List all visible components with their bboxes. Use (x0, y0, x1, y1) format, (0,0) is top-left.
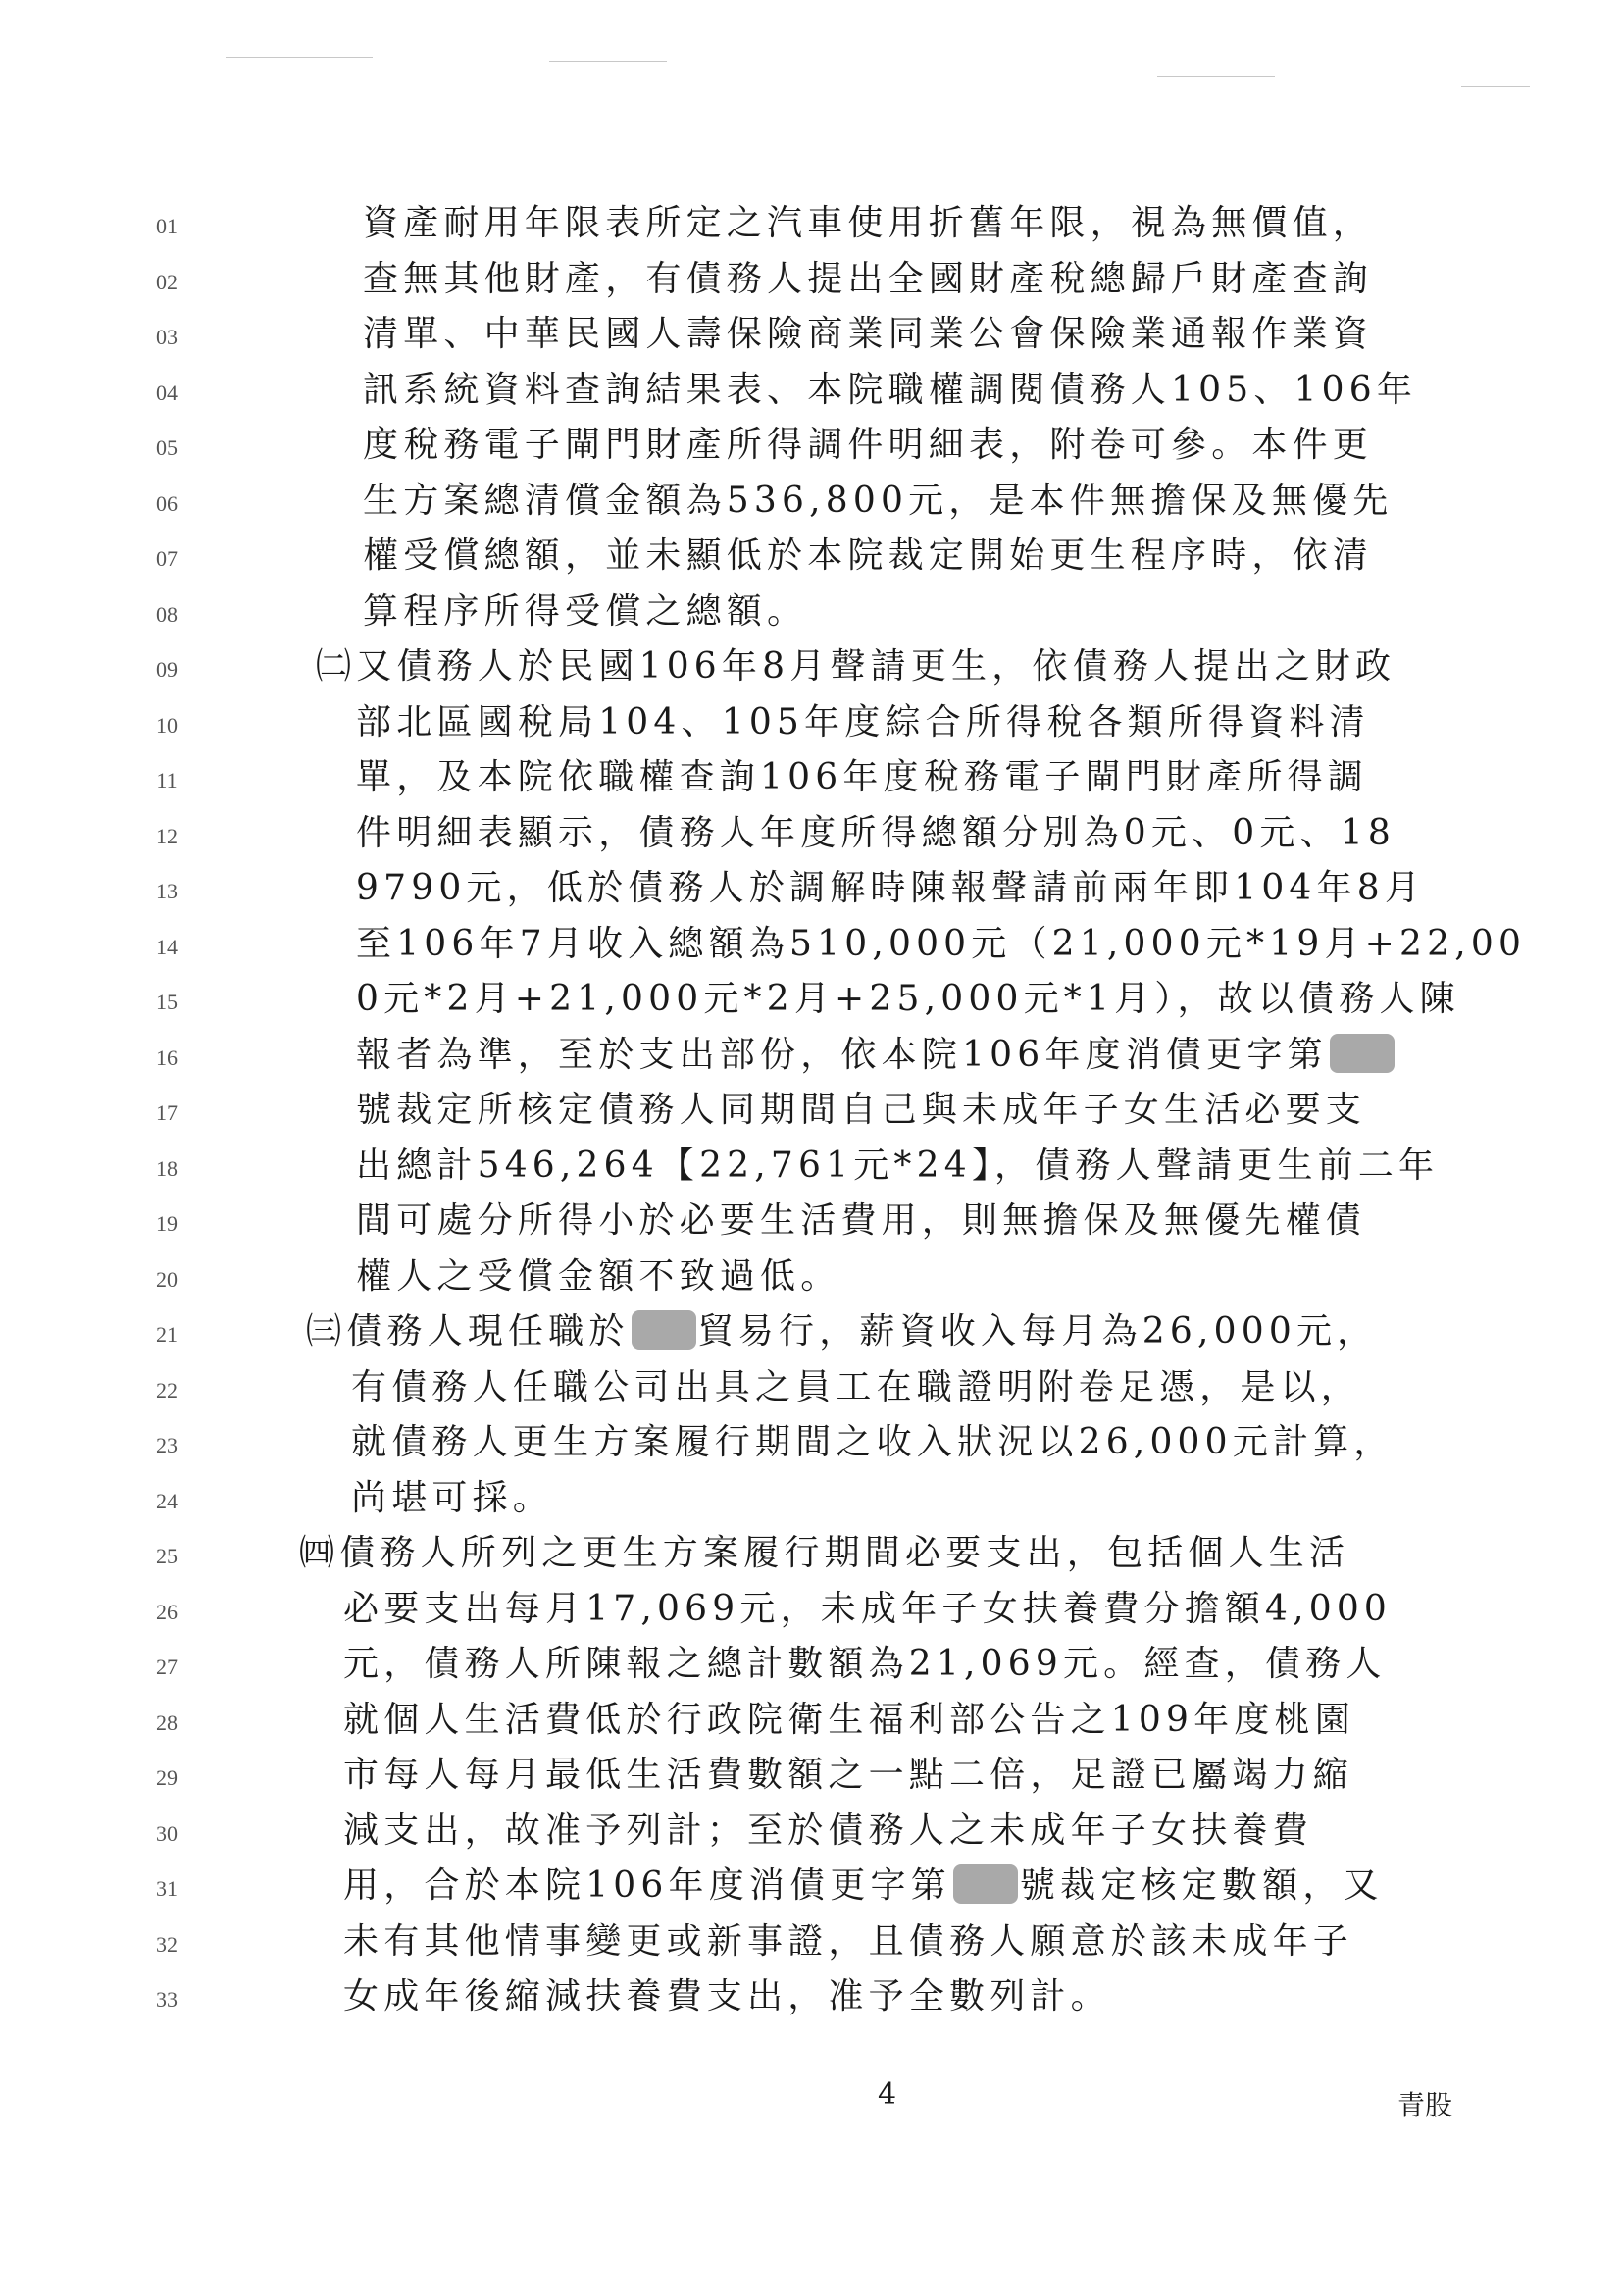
text-line: 資產耐用年限表所定之汽車使用折舊年限，視為無價值， (363, 206, 1373, 241)
text-line: 生方案總清償金額為536,800元，是本件無擔保及無優先 (363, 484, 1393, 519)
line-number: 32 (147, 1932, 186, 1958)
line-number: 28 (147, 1710, 186, 1736)
text-segment: 件明細表顯示，債務人年度所得總額分別為0元、0元、18 (356, 813, 1396, 853)
redaction-block (953, 1864, 1018, 1904)
scan-artifact-line (549, 61, 667, 62)
text-line: 減支出，故准予列計；至於債務人之未成年子女扶養費 (343, 1813, 1313, 1849)
line-number: 15 (147, 990, 186, 1015)
line-number: 11 (147, 768, 186, 793)
text-segment: 號裁定所核定債務人同期間自己與未成年子女生活必要支 (356, 1090, 1366, 1130)
line-number: 07 (147, 546, 186, 572)
text-segment: 號裁定核定數額，又 (1020, 1865, 1384, 1906)
text-line: 市每人每月最低生活費數額之一點二倍，足證已屬竭力縮 (343, 1758, 1353, 1793)
line-number: 17 (147, 1100, 186, 1126)
text-segment: ㈡又債務人於民國106年8月聲請更生，依債務人提出之財政 (316, 646, 1396, 687)
line-number: 19 (147, 1211, 186, 1237)
text-line: 間可處分所得小於必要生活費用，則無擔保及無優先權債 (356, 1203, 1366, 1239)
line-number: 02 (147, 270, 186, 295)
text-segment: ㈣債務人所列之更生方案履行期間必要支出，包括個人生活 (299, 1533, 1349, 1573)
text-segment: ㈢債務人現任職於 (306, 1311, 630, 1351)
text-segment: 算程序所得受償之總額。 (363, 591, 807, 632)
scan-artifact-line (226, 57, 373, 58)
division-mark: 青股 (1397, 2084, 1452, 2123)
line-number: 26 (147, 1600, 186, 1625)
text-line: ㈡又債務人於民國106年8月聲請更生，依債務人提出之財政 (316, 649, 1396, 685)
line-number: 21 (147, 1322, 186, 1348)
text-segment: 生方案總清償金額為536,800元，是本件無擔保及無優先 (363, 481, 1393, 521)
line-number: 13 (147, 879, 186, 904)
text-line: 女成年後縮減扶養費支出，准予全數列計。 (343, 1979, 1111, 2014)
text-line: 號裁定所核定債務人同期間自己與未成年子女生活必要支 (356, 1093, 1366, 1128)
text-segment: 間可處分所得小於必要生活費用，則無擔保及無優先權債 (356, 1200, 1366, 1241)
line-number: 18 (147, 1156, 186, 1182)
text-segment: 度稅務電子閘門財產所得調件明細表，附卷可參。本件更 (363, 425, 1373, 465)
text-line: 算程序所得受償之總額。 (363, 594, 807, 630)
text-segment: 就債務人更生方案履行期間之收入狀況以26,000元計算， (351, 1422, 1395, 1462)
text-segment: 至106年7月收入總額為510,000元（21,000元*19月+22,00 (356, 924, 1526, 964)
text-segment: 9790元，低於債務人於調解時陳報聲請前兩年即104年8月 (356, 868, 1425, 908)
text-segment: 就個人生活費低於行政院衛生福利部公告之109年度桃園 (343, 1700, 1355, 1740)
text-segment: 減支出，故准予列計；至於債務人之未成年子女扶養費 (343, 1810, 1313, 1851)
line-number: 29 (147, 1765, 186, 1791)
text-segment: 0元*2月+21,000元*2月+25,000元*1月），故以債務人陳 (356, 979, 1460, 1019)
text-segment: 部北區國稅局104、105年度綜合所得稅各類所得資料清 (356, 702, 1370, 742)
line-number: 10 (147, 713, 186, 739)
line-number: 05 (147, 435, 186, 461)
text-segment: 報者為準，至於支出部份，依本院106年度消債更字第 (356, 1035, 1328, 1075)
text-segment: 尚堪可採。 (351, 1478, 553, 1518)
text-segment: 單，及本院依職權查詢106年度稅務電子閘門財產所得調 (356, 757, 1368, 797)
text-segment: 有債務人任職公司出具之員工在職證明附卷足憑，是以， (351, 1367, 1361, 1407)
text-segment: 市每人每月最低生活費數額之一點二倍，足證已屬竭力縮 (343, 1755, 1353, 1795)
text-segment: 用，合於本院106年度消債更字第 (343, 1865, 951, 1906)
line-number: 09 (147, 657, 186, 683)
text-line: 至106年7月收入總額為510,000元（21,000元*19月+22,00 (356, 927, 1526, 962)
text-segment: 貿易行，薪資收入每月為26,000元， (698, 1311, 1378, 1351)
text-line: 件明細表顯示，債務人年度所得總額分別為0元、0元、18 (356, 816, 1396, 851)
scan-artifact-line (1157, 76, 1275, 77)
line-number: 06 (147, 491, 186, 517)
text-line: 出總計546,264【22,761元*24】，債務人聲請更生前二年 (356, 1148, 1439, 1184)
text-segment: 未有其他情事變更或新事證，且債務人願意於該未成年子 (343, 1921, 1353, 1962)
text-line: 用，合於本院106年度消債更字第號裁定核定數額，又 (343, 1868, 1384, 1908)
line-number: 12 (147, 824, 186, 849)
text-line: 訊系統資料查詢結果表、本院職權調閱債務人105、106年 (363, 373, 1417, 408)
text-line: 就個人生活費低於行政院衛生福利部公告之109年度桃園 (343, 1703, 1355, 1738)
text-line: 部北區國稅局104、105年度綜合所得稅各類所得資料清 (356, 705, 1370, 740)
line-number: 20 (147, 1267, 186, 1293)
line-number: 23 (147, 1433, 186, 1458)
text-line: 元，債務人所陳報之總計數額為21,069元。經查，債務人 (343, 1647, 1387, 1682)
text-line: 查無其他財產，有債務人提出全國財產稅總歸戶財產查詢 (363, 262, 1373, 297)
redaction-block (1330, 1034, 1395, 1073)
text-segment: 資產耐用年限表所定之汽車使用折舊年限，視為無價值， (363, 203, 1373, 243)
line-number: 33 (147, 1987, 186, 2013)
line-number: 22 (147, 1378, 186, 1403)
page-number: 4 (878, 2077, 896, 2112)
line-number: 14 (147, 935, 186, 960)
text-line: ㈢債務人現任職於貿易行，薪資收入每月為26,000元， (306, 1314, 1377, 1353)
text-line: 權人之受償金額不致過低。 (356, 1259, 840, 1295)
text-line: 就債務人更生方案履行期間之收入狀況以26,000元計算， (351, 1425, 1395, 1460)
text-line: 0元*2月+21,000元*2月+25,000元*1月），故以債務人陳 (356, 982, 1460, 1017)
line-number: 24 (147, 1489, 186, 1514)
line-number: 01 (147, 214, 186, 239)
line-number: 03 (147, 325, 186, 350)
text-line: 必要支出每月17,069元，未成年子女扶養費分擔額4,000 (343, 1592, 1392, 1627)
line-number: 25 (147, 1544, 186, 1569)
text-segment: 必要支出每月17,069元，未成年子女扶養費分擔額4,000 (343, 1589, 1392, 1629)
text-line: 度稅務電子閘門財產所得調件明細表，附卷可參。本件更 (363, 428, 1373, 463)
text-segment: 出總計546,264【22,761元*24】，債務人聲請更生前二年 (356, 1146, 1439, 1186)
text-line: 權受償總額，並未顯低於本院裁定開始更生程序時，依清 (363, 538, 1373, 574)
text-line: 未有其他情事變更或新事證，且債務人願意於該未成年子 (343, 1924, 1353, 1960)
text-segment: 權人之受償金額不致過低。 (356, 1256, 840, 1297)
line-number: 30 (147, 1821, 186, 1847)
redaction-block (632, 1310, 696, 1350)
text-segment: 元，債務人所陳報之總計數額為21,069元。經查，債務人 (343, 1644, 1387, 1684)
text-line: 單，及本院依職權查詢106年度稅務電子閘門財產所得調 (356, 760, 1368, 795)
text-line: 9790元，低於債務人於調解時陳報聲請前兩年即104年8月 (356, 871, 1425, 906)
scan-artifact-line (1461, 86, 1530, 87)
text-line: 有債務人任職公司出具之員工在職證明附卷足憑，是以， (351, 1370, 1361, 1405)
text-line: ㈣債務人所列之更生方案履行期間必要支出，包括個人生活 (299, 1536, 1349, 1571)
text-segment: 查無其他財產，有債務人提出全國財產稅總歸戶財產查詢 (363, 259, 1373, 299)
text-segment: 清單、中華民國人壽保險商業同業公會保險業通報作業資 (363, 314, 1373, 354)
line-number: 27 (147, 1655, 186, 1680)
text-segment: 女成年後縮減扶養費支出，准予全數列計。 (343, 1976, 1111, 2016)
text-segment: 權受償總額，並未顯低於本院裁定開始更生程序時，依清 (363, 535, 1373, 576)
text-line: 報者為準，至於支出部份，依本院106年度消債更字第 (356, 1038, 1396, 1077)
line-number: 31 (147, 1876, 186, 1902)
text-segment: 訊系統資料查詢結果表、本院職權調閱債務人105、106年 (363, 370, 1417, 410)
line-number: 04 (147, 381, 186, 406)
text-line: 尚堪可採。 (351, 1481, 553, 1516)
line-number: 16 (147, 1045, 186, 1071)
text-line: 清單、中華民國人壽保險商業同業公會保險業通報作業資 (363, 317, 1373, 352)
line-number: 08 (147, 602, 186, 628)
